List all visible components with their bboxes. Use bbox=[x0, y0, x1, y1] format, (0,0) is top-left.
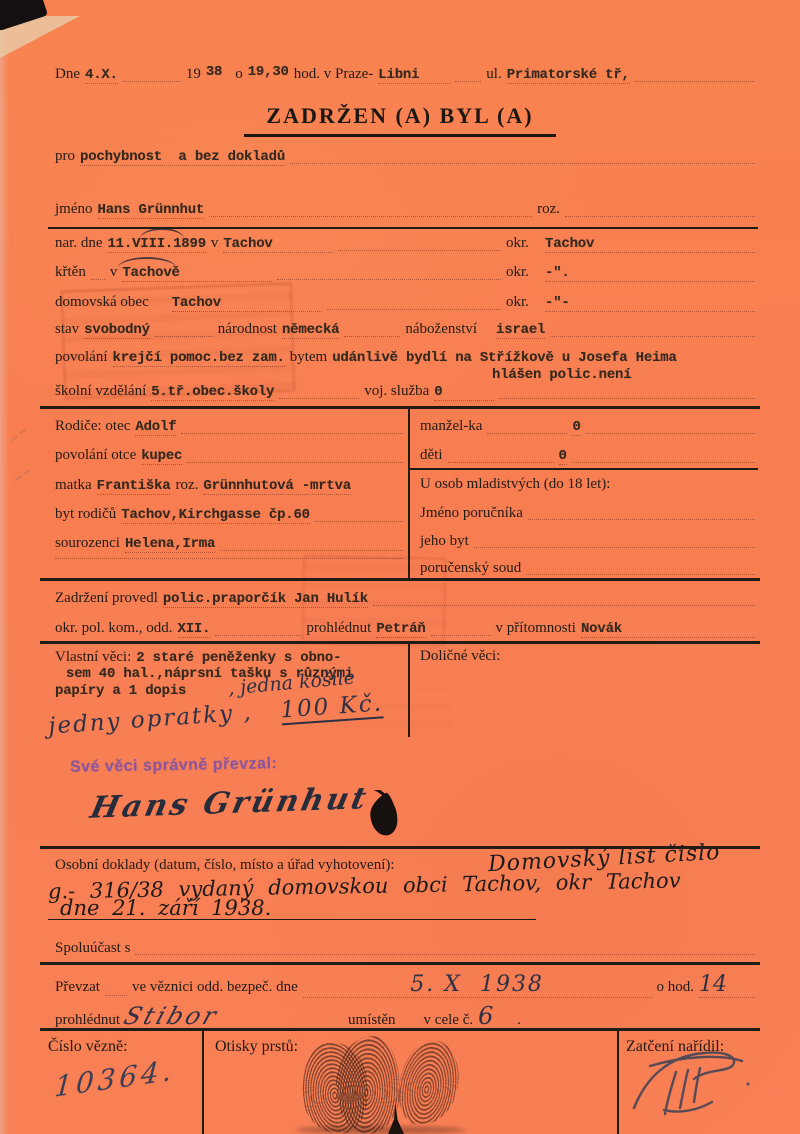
dotted-line bbox=[586, 418, 755, 434]
dotted-line bbox=[277, 264, 501, 280]
mladistvi-header: U osob mladistvých (do 18 let): bbox=[420, 476, 610, 493]
pencil-mark: ~~ bbox=[10, 463, 36, 488]
krten-label: křtěn bbox=[55, 264, 86, 281]
fingerprints-label: Otisky prstů: bbox=[215, 1038, 298, 1056]
dotted-line bbox=[455, 66, 481, 82]
handwritten-arc bbox=[140, 228, 184, 239]
time-value: 19,30 bbox=[248, 64, 289, 80]
year-prefix: 19 bbox=[186, 66, 201, 83]
guardian-court-row: poručenský soud bbox=[420, 560, 755, 577]
dotted-line bbox=[91, 264, 105, 280]
section-rule bbox=[40, 962, 760, 965]
krten-v-label: v bbox=[110, 264, 118, 281]
povolani-label: povolání bbox=[55, 349, 108, 366]
dotted-line bbox=[181, 418, 403, 434]
dotted-line bbox=[448, 447, 554, 463]
cell-number-handwritten: 6 bbox=[478, 1002, 512, 1031]
spoluucast-label: Spoluúčast s bbox=[55, 940, 130, 957]
prisoner-number-handwritten: 10364. bbox=[53, 1053, 176, 1104]
dotted-line bbox=[220, 535, 403, 551]
narodnost-label: národnost bbox=[218, 321, 277, 338]
dotted-line bbox=[572, 447, 755, 463]
bytem-label: bytem bbox=[290, 349, 328, 366]
voj-label: voj. služba bbox=[364, 383, 429, 400]
schooling-row: školní vzdělání 5.tř.obec.školy voj. slu… bbox=[55, 383, 755, 401]
spacer bbox=[526, 1002, 706, 1029]
hod-label: hod. v Praze- bbox=[294, 66, 374, 83]
byt-rodicu-label: byt rodičů bbox=[55, 506, 116, 523]
nar-place: Tachov bbox=[223, 236, 333, 253]
belongings-typed: papíry a 1 dopis bbox=[55, 683, 186, 699]
dotted-line bbox=[373, 590, 755, 606]
veznice-label: ve věznici odd. bezpeč. dne bbox=[132, 979, 298, 996]
column-divider bbox=[408, 643, 410, 737]
handwritten-text: jedny opratky , bbox=[48, 699, 254, 739]
manzelka-label: manžel-ka bbox=[420, 418, 482, 435]
footer-divider bbox=[202, 1031, 204, 1134]
jeho-byt-label: jeho byt bbox=[420, 533, 469, 550]
guardian-row: Jméno poručníka bbox=[420, 505, 755, 522]
matka-value: Františka bbox=[97, 478, 171, 495]
documents-underline bbox=[48, 919, 536, 920]
section-rule bbox=[40, 406, 760, 409]
o-label: o bbox=[235, 66, 243, 83]
dotted-line bbox=[215, 620, 301, 636]
smudge-mark bbox=[296, 1126, 466, 1134]
dotted-line bbox=[526, 560, 755, 575]
detention-form-scan: ~~ ~~ Dne 4.X. 19 38 o 19,30 hod. v Praz… bbox=[0, 0, 800, 1134]
inspected-row: okr. pol. kom., odd. XII. prohlédnut Pet… bbox=[55, 620, 755, 638]
reason-row: pro pochybnost a bez dokladů bbox=[55, 148, 755, 166]
dne-label: Dne bbox=[55, 66, 80, 83]
byt-rodicu-value: Tachov,Kirchgasse čp.60 bbox=[121, 507, 310, 524]
arrest-signature-scribble bbox=[620, 1044, 760, 1126]
reason-value: pochybnost a bez dokladů bbox=[80, 149, 285, 166]
povolani-otce-value: kupec bbox=[141, 448, 182, 465]
dotted-line bbox=[528, 505, 755, 520]
dotted-line bbox=[487, 418, 567, 434]
title-row: ZADRŽEN (A) BYL (A) bbox=[0, 103, 800, 137]
dotted-line bbox=[327, 294, 501, 310]
dotted-line bbox=[279, 383, 359, 399]
provedl-label: Zadržení provedl bbox=[55, 590, 158, 607]
cell-row: prohlédnut Stibor umístěn v cele č. 6 . bbox=[55, 1002, 755, 1031]
provedl-value: polic.praporčík Jan Hulík bbox=[163, 591, 368, 608]
father-row: Rodiče: otec Adolf bbox=[55, 418, 403, 436]
ul-label: ul. bbox=[486, 66, 501, 83]
cela-label: v cele č. bbox=[424, 1012, 474, 1029]
name-row: jméno Hans Grünnhut roz. bbox=[55, 201, 755, 219]
ohod-label: o hod. bbox=[657, 979, 695, 996]
searcher-signature: Stibor bbox=[120, 1002, 222, 1030]
skola-value: 5.tř.obec.školy bbox=[151, 384, 274, 401]
detainee-signature: Hans Grünhut bbox=[87, 781, 372, 826]
nabozenstvi-label: náboženství bbox=[405, 321, 477, 338]
bytem-value: udánlivě bydlí na Střížkově u Josefa Hei… bbox=[332, 350, 676, 366]
jmeno-label: jméno bbox=[55, 201, 93, 218]
prohlednut-value: Petráň bbox=[376, 621, 425, 638]
skola-label: školní vzdělání bbox=[55, 383, 146, 400]
handwritten-arc bbox=[118, 257, 176, 268]
okr-label: okr. bbox=[506, 235, 540, 252]
street-value: Primatorské tř, bbox=[507, 67, 630, 84]
dotted-line bbox=[401, 1002, 419, 1029]
transfer-hour-handwritten: 14 bbox=[699, 972, 755, 998]
dotted-line bbox=[431, 620, 491, 636]
dotted-line bbox=[209, 201, 532, 217]
empty-line bbox=[55, 558, 403, 561]
fingerprint bbox=[393, 1036, 465, 1131]
dotted-line bbox=[155, 321, 213, 337]
dotted-line bbox=[344, 321, 400, 337]
minors-header-row: U osob mladistvých (do 18 let): bbox=[420, 476, 755, 493]
narodnost-value: německá bbox=[282, 322, 339, 339]
odd-value: XII. bbox=[178, 621, 211, 638]
prisoner-number-label: Číslo vězně: bbox=[48, 1038, 128, 1056]
dolicne-label: Doličné věci: bbox=[420, 648, 500, 665]
deti-value: 0 bbox=[559, 448, 567, 465]
umisten-label: umístěn bbox=[348, 1012, 396, 1029]
povolani-otce-label: povolání otce bbox=[55, 447, 136, 464]
paper-edge-strip bbox=[0, 0, 9, 1134]
parents-address-row: byt rodičů Tachov,Kirchgasse čp.60 bbox=[55, 506, 403, 524]
prohlednut-label: prohlédnut bbox=[306, 620, 371, 637]
status-row: stav svobodný národnost německá nábožens… bbox=[55, 321, 755, 339]
spouse-row: manžel-ka 0 bbox=[420, 418, 755, 436]
nabozenstvi-value: israel bbox=[496, 322, 545, 339]
sourozenci-label: sourozenci bbox=[55, 535, 120, 552]
children-row: děti 0 bbox=[420, 447, 755, 465]
jmeno-value: Hans Grünnhut bbox=[98, 202, 205, 219]
evidence-row: Doličné věci: bbox=[420, 648, 755, 665]
occupation-row: povolání krejčí pomoc.bez zam. bytem udá… bbox=[55, 349, 755, 367]
documents-handwriting-3: dne 21. září 1938. bbox=[60, 896, 271, 920]
guardian-address-row: jeho byt bbox=[420, 533, 755, 550]
soud-label: poručenský soud bbox=[420, 560, 521, 577]
nar-okr: Tachov bbox=[545, 236, 755, 253]
dotted-line bbox=[290, 148, 755, 164]
okr-label: okr. bbox=[506, 264, 540, 281]
section-rule bbox=[40, 578, 760, 581]
pritomnost-label: v přítomnosti bbox=[496, 620, 576, 637]
transfer-row: Převzat ve věznici odd. bezpeč. dne 5. X… bbox=[55, 972, 755, 998]
dotted-line bbox=[55, 558, 403, 559]
siblings-row: sourozenci Helena,Irma bbox=[55, 535, 403, 553]
dotted-line bbox=[499, 383, 755, 399]
obec-okr: -"- bbox=[545, 295, 755, 312]
dotted-line bbox=[474, 533, 755, 548]
transfer-date-handwritten: 5. X 1938 bbox=[303, 972, 652, 998]
stav-label: stav bbox=[55, 321, 79, 338]
hlasen-value: hlášen polic.není bbox=[492, 367, 631, 383]
belongings-line1: Vlastní věci: 2 staré peněženky s obno- bbox=[55, 649, 403, 666]
deti-label: děti bbox=[420, 447, 443, 464]
form-title: ZADRŽEN (A) BYL (A) bbox=[244, 103, 555, 137]
complicity-row: Spoluúčast s bbox=[55, 940, 755, 957]
v-label: v bbox=[211, 235, 219, 252]
nar-label: nar. dne bbox=[55, 235, 102, 252]
ink-blot bbox=[364, 790, 404, 840]
dotted-line bbox=[565, 201, 755, 217]
minors-rule bbox=[408, 468, 758, 470]
otec-value: Adolf bbox=[135, 419, 176, 436]
matka-label: matka bbox=[55, 477, 92, 494]
dotted-line bbox=[123, 66, 181, 82]
pencil-mark: ~~ bbox=[6, 423, 32, 449]
obec-label: domovská obec bbox=[55, 294, 149, 311]
municipality-row: domovská obec Tachov okr. -"- bbox=[55, 294, 755, 312]
footer-divider bbox=[617, 1031, 619, 1134]
dotted-line bbox=[338, 235, 501, 251]
place-value: Libni bbox=[378, 67, 450, 84]
matka-roz-label: roz. bbox=[175, 477, 198, 494]
prohlednut-label: prohlédnut bbox=[55, 1012, 120, 1029]
dotted-line bbox=[223, 1002, 343, 1029]
receipt-stamp: Své věci správně převzal: bbox=[70, 755, 278, 777]
date-line: Dne 4.X. 19 38 o 19,30 hod. v Praze- Lib… bbox=[55, 66, 755, 84]
doklady-label: Osobní doklady (datum, číslo, místo a úř… bbox=[55, 857, 395, 874]
krten-okr: -". bbox=[545, 265, 755, 282]
section-rule bbox=[40, 641, 760, 644]
pro-label: pro bbox=[55, 148, 75, 165]
odd-label: okr. pol. kom., odd. bbox=[55, 620, 173, 637]
dotted-line bbox=[550, 321, 755, 337]
footer-rule bbox=[40, 1028, 760, 1031]
porucnik-label: Jméno poručníka bbox=[420, 505, 523, 522]
vlastni-veci-label: Vlastní věci: bbox=[55, 649, 131, 666]
dotted-line bbox=[135, 940, 755, 955]
otec-label: Rodiče: otec bbox=[55, 418, 130, 435]
detained-by-row: Zadržení provedl polic.praporčík Jan Hul… bbox=[55, 590, 755, 608]
manzelka-value: 0 bbox=[572, 419, 580, 436]
roz-label: roz. bbox=[537, 201, 560, 218]
date-value: 4.X. bbox=[85, 67, 118, 84]
dotted-line bbox=[635, 66, 755, 82]
year-value: 38 bbox=[206, 64, 222, 80]
povolani-value: krejčí pomoc.bez zam. bbox=[113, 350, 285, 367]
belongings-typed: 2 staré peněženky s obno- bbox=[136, 650, 341, 666]
dotted-line bbox=[315, 506, 403, 522]
stav-value: svobodný bbox=[84, 322, 150, 339]
matka-roz-value: Grünnhutová -mrtva bbox=[203, 478, 351, 495]
mother-row: matka Františka roz. Grünnhutová -mrtva bbox=[55, 477, 403, 495]
sourozenci-value: Helena,Irma bbox=[125, 536, 215, 553]
prevzat-label: Převzat bbox=[55, 979, 100, 996]
period: . bbox=[517, 1012, 521, 1029]
dotted-line bbox=[105, 972, 127, 996]
dotted-line bbox=[187, 447, 403, 463]
column-divider bbox=[408, 408, 410, 578]
voj-value: 0 bbox=[434, 384, 494, 401]
okr-label: okr. bbox=[506, 294, 540, 311]
police-registered-row: hlášen polic.není bbox=[492, 367, 755, 383]
obec-value: Tachov bbox=[172, 295, 322, 312]
pritomnost-value: Novák bbox=[581, 621, 755, 638]
father-occupation-row: povolání otce kupec bbox=[55, 447, 403, 465]
